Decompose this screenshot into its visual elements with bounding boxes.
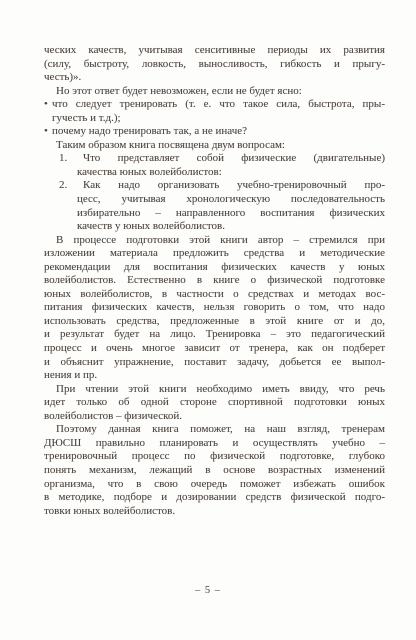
text-line: процесс и очень многое зависит от тренер… <box>44 342 385 356</box>
text-line: Поэтому данная книга поможет, на наш взг… <box>44 423 385 437</box>
text-line: В процессе подготовки этой книги автор –… <box>44 234 385 248</box>
text-line: Что представляет собой физические (двига… <box>77 152 385 166</box>
bullet-marker: • <box>44 98 48 112</box>
text-line: честь)». <box>44 71 385 85</box>
text-line: идет только об одной стороне спортивной … <box>44 396 385 410</box>
text-line: юных волейболистов, в частности о средст… <box>44 288 385 302</box>
text-line: изложении материала предложить средства … <box>44 247 385 261</box>
text-line: в методике, подборе и дозировании средст… <box>44 491 385 505</box>
text-line: волейболистов – физической. <box>44 410 385 424</box>
text-line: Но этот ответ будет невозможен, если не … <box>44 85 385 99</box>
text-line: понять механизм, лежащий в основе возрас… <box>44 464 385 478</box>
text-line: При чтении этой книги необходимо иметь в… <box>44 383 385 397</box>
text-line: использовать средства, предложенные в эт… <box>44 315 385 329</box>
text-line: питания физических качеств, нельзя говор… <box>44 301 385 315</box>
text-line: товки юных волейболистов. <box>44 505 385 519</box>
text-line: ДЮСШ правильно планировать и осуществлят… <box>44 437 385 451</box>
page-number: – 5 – <box>0 584 416 598</box>
bullet-item: •что следует тренировать (т. е. что тако… <box>44 98 385 125</box>
paragraph: При чтении этой книги необходимо иметь в… <box>44 383 385 424</box>
text-line: что следует тренировать (т. е. что такое… <box>52 98 385 112</box>
text-line: и результат будет на лицо. Тренировка – … <box>44 328 385 342</box>
list-number: 1. <box>59 152 67 166</box>
text-line: Таким образом книга посвящена двум вопро… <box>44 139 385 153</box>
text-line: ческих качеств, учитывая сенситивные пер… <box>44 44 385 58</box>
paragraph: В процессе подготовки этой книги автор –… <box>44 234 385 383</box>
numbered-item: 1.Что представляет собой физические (дви… <box>44 152 385 179</box>
text-line: рекомендации для воспитания физических к… <box>44 261 385 275</box>
text-line: качеств у юных волейболистов. <box>77 220 385 234</box>
text-line: избирательно – направленного воспитания … <box>77 207 385 221</box>
list-number: 2. <box>59 179 67 193</box>
text-line: гучесть и т.д.); <box>52 112 385 126</box>
bullet-marker: • <box>44 125 48 139</box>
paragraph: Поэтому данная книга поможет, на наш взг… <box>44 423 385 518</box>
text-line: почему надо тренировать так, а не иначе? <box>52 125 385 139</box>
paragraph: Но этот ответ будет невозможен, если не … <box>44 85 385 99</box>
page-text: ческих качеств, учитывая сенситивные пер… <box>44 44 385 518</box>
numbered-item: 2.Как надо организовать учебно-тренирово… <box>44 179 385 233</box>
text-line: нения и пр. <box>44 369 385 383</box>
paragraph: Таким образом книга посвящена двум вопро… <box>44 139 385 153</box>
text-line: качества юных волейболистов: <box>77 166 385 180</box>
bullet-item: •почему надо тренировать так, а не иначе… <box>44 125 385 139</box>
paragraph: ческих качеств, учитывая сенситивные пер… <box>44 44 385 85</box>
text-line: (силу, быстроту, ловкость, выносливость,… <box>44 58 385 72</box>
text-line: и объяснит упражнение, поставит задачу, … <box>44 356 385 370</box>
text-line: цесс, учитывая хронологическую последова… <box>77 193 385 207</box>
book-page: ческих качеств, учитывая сенситивные пер… <box>0 0 416 640</box>
text-line: волейболистов. Естественно в книге о физ… <box>44 274 385 288</box>
text-line: организма, что в свою очередь поможет из… <box>44 478 385 492</box>
text-line: тренировочный процесс по физической подг… <box>44 450 385 464</box>
text-line: Как надо организовать учебно-тренировочн… <box>77 179 385 193</box>
